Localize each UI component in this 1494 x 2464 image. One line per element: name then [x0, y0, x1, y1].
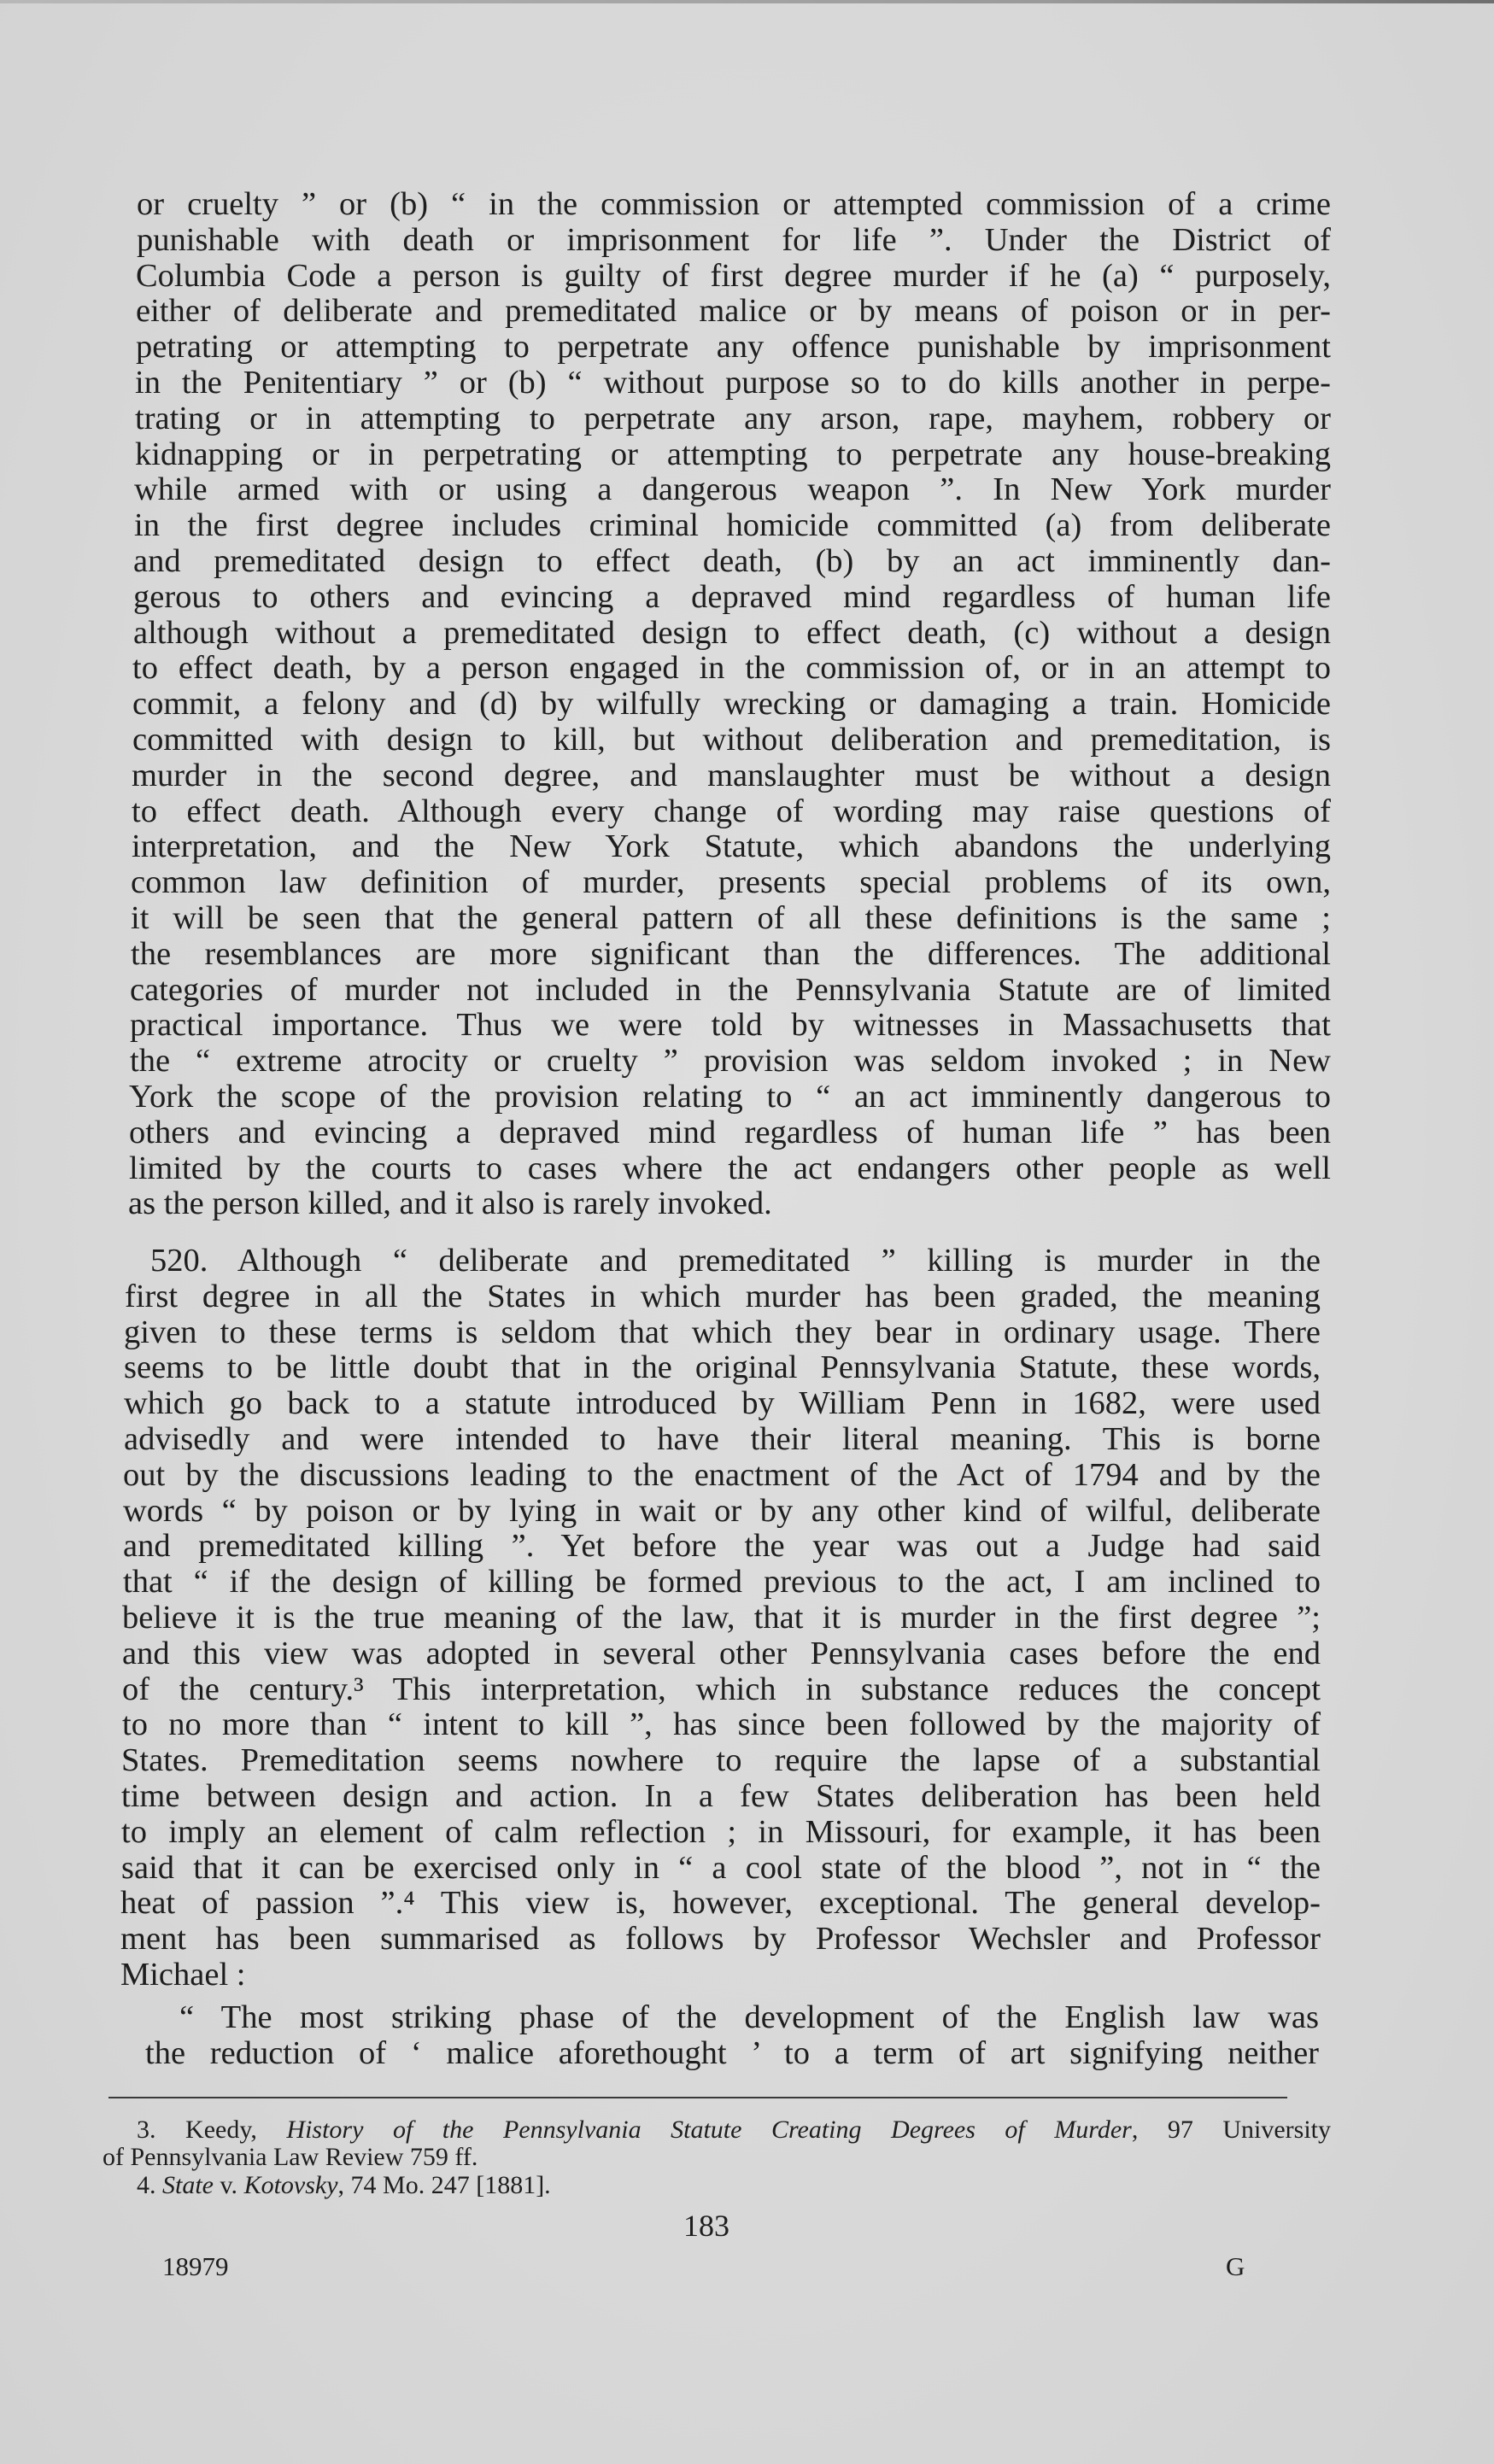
footnote-3-line-1: 3. Keedy, History of the Pennsylvania St…: [137, 2116, 1331, 2144]
body-line: it will be seen that the general pattern…: [131, 900, 1331, 936]
body-line: the “ extreme atrocity or cruelty ” prov…: [130, 1043, 1331, 1079]
body-line: Columbia Code a person is guilty of firs…: [136, 258, 1331, 294]
paragraph-520-line: seems to be little doubt that in the ori…: [124, 1349, 1321, 1385]
body-line: the resemblances are more significant th…: [131, 936, 1331, 972]
body-line: kidnapping or in perpetrating or attempt…: [135, 436, 1331, 472]
footnote-case-party-1: State: [162, 2171, 214, 2199]
page-number: 183: [683, 2208, 729, 2244]
footnote-case-citation: , 74 Mo. 247 [1881].: [338, 2171, 551, 2199]
body-line: commit, a felony and (d) by wilfully wre…: [132, 686, 1331, 722]
footnote-4: 4. State v. Kotovsky, 74 Mo. 247 [1881].: [137, 2172, 551, 2199]
body-line: practical importance. Thus we were told …: [130, 1007, 1331, 1043]
body-line: in the first degree includes criminal ho…: [134, 507, 1331, 543]
body-line: or cruelty ” or (b) “ in the commission …: [137, 186, 1331, 222]
body-line: committed with design to kill, but witho…: [132, 722, 1331, 758]
paragraph-520-line: time between design and action. In a few…: [121, 1778, 1321, 1814]
paragraph-520-line: and premeditated killing ”. Yet before t…: [123, 1528, 1321, 1564]
block-quote-line: “ The most striking phase of the develop…: [179, 1999, 1319, 2035]
body-line: as the person killed, and it also is rar…: [128, 1185, 1331, 1221]
footnote-case-party-2: Kotovsky: [244, 2171, 338, 2199]
footnote-title: History of the Pennsylvania Statute Crea…: [286, 2116, 1131, 2144]
body-line: to effect death, by a person engaged in …: [132, 650, 1331, 686]
printer-signature-letter: G: [1226, 2251, 1245, 2282]
paragraph-520-line: believe it is the true meaning of the la…: [122, 1600, 1321, 1636]
body-line: while armed with or using a dangerous we…: [134, 471, 1331, 507]
paragraph-520-line: of the century.³ This interpretation, wh…: [122, 1671, 1321, 1707]
body-line: punishable with death or imprisonment fo…: [137, 222, 1331, 258]
footnote-case-v: v.: [214, 2171, 244, 2199]
body-line: others and evincing a depraved mind rega…: [129, 1115, 1331, 1150]
body-line: petrating or attempting to perpetrate an…: [136, 329, 1331, 365]
printer-signature-number: 18979: [162, 2251, 229, 2282]
footnote-rule: [108, 2097, 1287, 2098]
paragraph-520-line: States. Premeditation seems nowhere to r…: [121, 1742, 1321, 1778]
footnote-number: 3.: [137, 2116, 156, 2144]
body-line: either of deliberate and premeditated ma…: [136, 293, 1331, 329]
paragraph-520-line: words “ by poison or by lying in wait or…: [123, 1493, 1321, 1529]
paragraph-520-line: said that it can be exercised only in “ …: [121, 1850, 1321, 1886]
paragraph-520-first-line: 520. Although “ deliberate and premedita…: [150, 1243, 1321, 1279]
body-line: common law definition of murder, present…: [131, 864, 1331, 900]
paragraph-520-line: advisedly and were intended to have thei…: [124, 1421, 1321, 1457]
paragraph-520-line: first degree in all the States in which …: [125, 1279, 1321, 1314]
page-top-edge: [0, 0, 1494, 3]
paragraph-520-line: heat of passion ”.⁴ This view is, howeve…: [120, 1885, 1321, 1921]
footnote-author: Keedy,: [185, 2116, 257, 2144]
body-line: although without a premeditated design t…: [133, 615, 1331, 651]
footnote-citation: , 97 University: [1132, 2116, 1331, 2144]
paragraph-520-line: given to these terms is seldom that whic…: [124, 1314, 1321, 1350]
paragraph-520-line: to imply an element of calm reflection ;…: [121, 1814, 1321, 1850]
body-line: trating or in attempting to perpetrate a…: [135, 401, 1331, 436]
body-line: murder in the second degree, and manslau…: [132, 758, 1331, 793]
body-line: limited by the courts to cases where the…: [129, 1150, 1331, 1186]
body-line: interpretation, and the New York Statute…: [132, 828, 1331, 864]
paragraph-520-line: which go back to a statute introduced by…: [124, 1385, 1321, 1421]
body-line: and premeditated design to effect death,…: [133, 543, 1331, 579]
paragraph-520-line: that “ if the design of killing be forme…: [123, 1564, 1321, 1600]
paragraph-520-line: Michael :: [120, 1957, 1321, 1993]
block-quote-line: the reduction of ‘ malice aforethought ’…: [145, 2035, 1319, 2071]
paragraph-520-line: and this view was adopted in several oth…: [122, 1636, 1321, 1671]
body-line: to effect death. Although every change o…: [132, 793, 1331, 829]
document-page: or cruelty ” or (b) “ in the commission …: [0, 0, 1494, 2464]
body-line: gerous to others and evincing a depraved…: [133, 579, 1331, 615]
paragraph-520-line: to no more than “ intent to kill ”, has …: [122, 1706, 1321, 1742]
body-line: York the scope of the provision relating…: [129, 1079, 1331, 1115]
body-line: categories of murder not included in the…: [130, 972, 1331, 1008]
paragraph-520-line: out by the discussions leading to the en…: [123, 1457, 1321, 1493]
body-line: in the Penitentiary ” or (b) “ without p…: [135, 365, 1331, 401]
footnote-citation-cont: of Pennsylvania Law Review 759 ff.: [103, 2143, 477, 2171]
footnote-3-line-2: of Pennsylvania Law Review 759 ff.: [103, 2144, 477, 2171]
paragraph-520-line: ment has been summarised as follows by P…: [120, 1921, 1321, 1957]
footnote-number: 4.: [137, 2171, 156, 2199]
